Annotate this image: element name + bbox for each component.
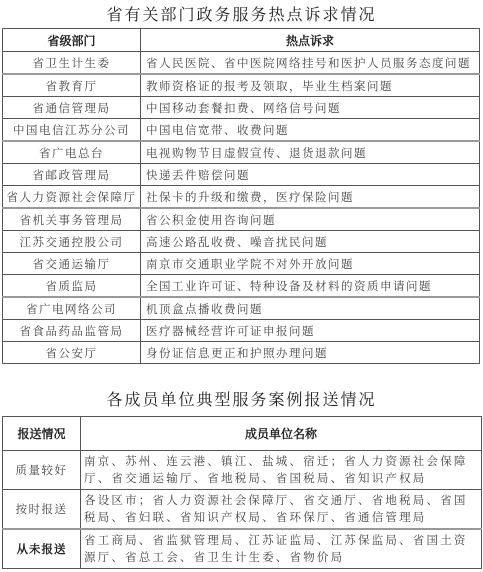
status-cell: 质量较好: [3, 451, 81, 490]
column-header-issue: 热点诉求: [141, 29, 480, 52]
table-row: 省广电网络公司机顶盒点播收费问题: [3, 297, 480, 320]
column-header-units: 成员单位名称: [81, 417, 482, 451]
issue-cell: 机顶盒点播收费问题: [141, 297, 480, 320]
units-cell: 省工商局、省监狱管理局、江苏证监局、江苏保监局、省国土资源厅、省总工会、省卫生计…: [81, 529, 482, 569]
table-row: 省通信管理局中国移动套餐扣费、网络信号问题: [3, 97, 480, 119]
issue-cell: 南京市交通职业学院不对外开放问题: [141, 253, 480, 275]
table-row: 从未报送 省工商局、省监狱管理局、江苏证监局、江苏保监局、省国土资源厅、省总工会…: [3, 529, 482, 569]
column-header-dept: 省级部门: [3, 29, 141, 52]
dept-cell: 省质监局: [3, 275, 141, 298]
dept-cell: 省教育厅: [3, 74, 141, 97]
dept-cell: 省卫生计生委: [3, 52, 141, 75]
dept-cell: 省通信管理局: [3, 97, 141, 119]
table-row: 质量较好 南京、苏州、连云港、镇江、盐城、宿迁；省人力资源社会保障厅、省交通运输…: [3, 451, 482, 490]
table2-title: 各成员单位典型服务案例报送情况: [0, 387, 483, 410]
table-row: 按时报送 各设区市；省人力资源社会保障厅、省交通厅、省地税局、省国税局、省妇联、…: [3, 490, 482, 530]
table-header-row: 省级部门 热点诉求: [3, 29, 480, 52]
table-row: 省邮政管理局快递丢件赔偿问题: [3, 164, 480, 186]
table-row: 江苏交通控股公司高速公路乱收费、噪音扰民问题: [3, 231, 480, 253]
issue-cell: 中国移动套餐扣费、网络信号问题: [141, 97, 480, 119]
table1-title: 省有关部门政务服务热点诉求情况: [0, 2, 483, 25]
units-cell: 南京、苏州、连云港、镇江、盐城、宿迁；省人力资源社会保障厅、省交通运输厅、省地税…: [81, 451, 482, 490]
dept-cell: 省人力资源社会保障厅: [3, 186, 141, 209]
table-row: 省机关事务管理局省公积金使用咨询问题: [3, 208, 480, 231]
issue-cell: 中国电信宽带、收费问题: [141, 119, 480, 142]
issue-cell: 省公积金使用咨询问题: [141, 208, 480, 231]
issue-cell: 教师资格证的报考及领取，毕业生档案问题: [141, 74, 480, 97]
units-cell: 各设区市；省人力资源社会保障厅、省交通厅、省地税局、省国税局、省妇联、省知识产权…: [81, 490, 482, 530]
table-header-row: 报送情况 成员单位名称: [3, 417, 482, 451]
issue-cell: 高速公路乱收费、噪音扰民问题: [141, 231, 480, 253]
table-row: 省质监局全国工业许可证、特种设备及材料的资质申请问题: [3, 275, 480, 298]
issue-cell: 身份证信息更正和护照办理问题: [141, 342, 480, 364]
table-row: 中国电信江苏分公司中国电信宽带、收费问题: [3, 119, 480, 142]
table-row: 省教育厅教师资格证的报考及领取，毕业生档案问题: [3, 74, 480, 97]
status-cell: 从未报送: [3, 529, 81, 569]
hotspot-issues-table: 省级部门 热点诉求 省卫生计生委省人民医院、省中医院网络挂号和医护人员服务态度问…: [2, 28, 480, 364]
dept-cell: 省交通运输厅: [3, 253, 141, 275]
column-header-status: 报送情况: [3, 417, 81, 451]
status-cell: 按时报送: [3, 490, 81, 530]
table-row: 省人力资源社会保障厅社保卡的升级和缴费，医疗保险问题: [3, 186, 480, 209]
table-row: 省卫生计生委省人民医院、省中医院网络挂号和医护人员服务态度问题: [3, 52, 480, 75]
dept-cell: 中国电信江苏分公司: [3, 119, 141, 142]
table-row: 省公安厅身份证信息更正和护照办理问题: [3, 342, 480, 364]
table-row: 省交通运输厅南京市交通职业学院不对外开放问题: [3, 253, 480, 275]
table-row: 省广电总台电视购物节目虚假宣传、退货退款问题: [3, 141, 480, 164]
dept-cell: 省广电总台: [3, 141, 141, 164]
issue-cell: 快递丢件赔偿问题: [141, 164, 480, 186]
issue-cell: 医疗器械经营许可证申报问题: [141, 320, 480, 342]
table-row: 省食品药品监管局医疗器械经营许可证申报问题: [3, 320, 480, 342]
dept-cell: 省机关事务管理局: [3, 208, 141, 231]
dept-cell: 省公安厅: [3, 342, 141, 364]
case-submission-table: 报送情况 成员单位名称 质量较好 南京、苏州、连云港、镇江、盐城、宿迁；省人力资…: [2, 416, 482, 569]
issue-cell: 省人民医院、省中医院网络挂号和医护人员服务态度问题: [141, 52, 480, 75]
dept-cell: 省邮政管理局: [3, 164, 141, 186]
dept-cell: 江苏交通控股公司: [3, 231, 141, 253]
issue-cell: 全国工业许可证、特种设备及材料的资质申请问题: [141, 275, 480, 298]
dept-cell: 省广电网络公司: [3, 297, 141, 320]
dept-cell: 省食品药品监管局: [3, 320, 141, 342]
issue-cell: 社保卡的升级和缴费，医疗保险问题: [141, 186, 480, 209]
issue-cell: 电视购物节目虚假宣传、退货退款问题: [141, 141, 480, 164]
